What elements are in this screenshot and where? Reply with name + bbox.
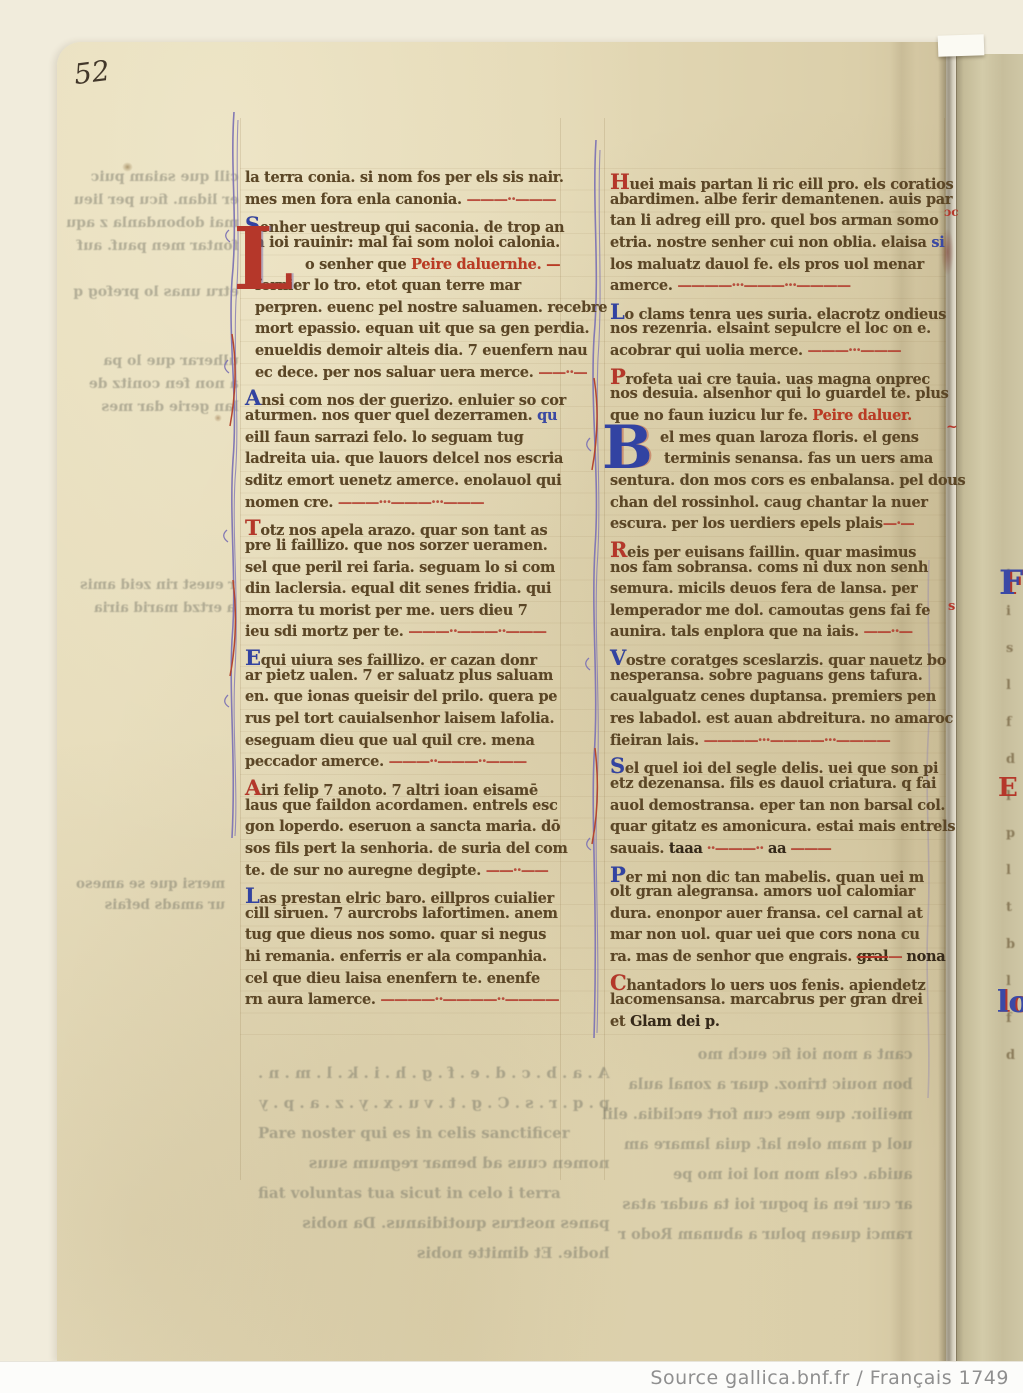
manuscript-line: ec dece. per nos saluar uera merce. ——··… (245, 364, 563, 386)
edge-initial-fragment: lo (997, 988, 1023, 1018)
manuscript-text: ————···———···———— (677, 277, 850, 294)
manuscript-line: ra. mas de senhor que engrais. gral— non… (610, 948, 948, 970)
manuscript-text: cel que dieu laisa enenfern te. enenfe (245, 970, 540, 987)
showthrough-text: r euest rin zeid amisa ertzd marid airia (80, 574, 235, 620)
showthrough-line: panes nostrus quotidianus. Da nobis (258, 1208, 610, 1238)
manuscript-text: nona (902, 948, 946, 965)
manuscript-text: amerce. (610, 277, 677, 294)
manuscript-line: Profeta uai cre tauia. uas magna onprec (610, 364, 948, 386)
manuscript-line: Lo clams tenra ues suria. elacrotz ondie… (610, 299, 948, 321)
manuscript-text: chan del rossinhol. caug chantar la nuer (610, 494, 928, 511)
manuscript-line: escura. per los uerdiers epels plais—·— (610, 515, 948, 537)
showthrough-text: A . a . b . c . d . e . f . g . h . i . … (258, 1058, 610, 1268)
showthrough-line: l (1006, 852, 1015, 889)
manuscript-text: morra tu morist per me. uers dieu 7 (245, 602, 527, 619)
manuscript-line: los maluatz dauol fe. els pros uol menar (610, 256, 948, 278)
manuscript-line: Chantadors lo uers uos fenis. apiendetz (610, 970, 948, 992)
illuminated-initial: B (602, 425, 653, 472)
manuscript-line: sauais. taaa ··———·· aa ——— (610, 840, 948, 862)
manuscript-text: taaa (669, 840, 703, 857)
showthrough-line: ramci quaen polur a abunam Rodo r (602, 1220, 913, 1250)
manuscript-line: peccador amerce. ———··———··——— (245, 753, 563, 775)
manuscript-text: sentura. don mos cors es enbalansa. pel … (610, 472, 965, 489)
manuscript-line: res labadol. est auan abdreitura. no ama… (610, 710, 948, 732)
manuscript-text: sditz emort uenetz amerce. enolauol qui (245, 472, 561, 489)
showthrough-line: uol q mam olen laf. quia lamare am (602, 1130, 913, 1160)
manuscript-line: sel que peril rei faria. seguam lo si co… (245, 559, 563, 581)
manuscript-text: nos rezenria. elsaint sepulcre el loc on… (610, 320, 931, 337)
manuscript-text: hi remania. enferris er ala companhia. (245, 948, 547, 965)
showthrough-line: cill que saiam puic (66, 166, 239, 189)
manuscript-text: dura. enonpor auer fransa. cel carnal at (610, 905, 923, 922)
manuscript-text: abardimen. albe ferir demantenen. auis p… (610, 191, 952, 208)
manuscript-text: escura. per los uerdiers epels plais (610, 515, 883, 532)
manuscript-line: hi remania. enferris er ala companhia. (245, 948, 563, 970)
manuscript-line: chan del rossinhol. caug chantar la nuer (610, 494, 948, 516)
showthrough-line: d (1006, 1037, 1015, 1074)
manuscript-line: laus que faildon acordamen. entrels esc (245, 797, 563, 819)
manuscript-text: los maluatz dauol fe. els pros uol menar (610, 256, 924, 273)
manuscript-text: etz dezenansa. fils es dauol criatura. q… (610, 775, 936, 792)
showthrough-line: ur amads befais (76, 895, 225, 916)
manuscript-text: rus pel tort cauialsenhor laisem lafolia… (245, 710, 554, 727)
showthrough-line: etru unas lo prefog q (66, 281, 239, 304)
manuscript-text: ec dece. per nos saluar uera merce. (255, 364, 538, 381)
manuscript-text: sos fils pert la senhoria. de suria del … (245, 840, 568, 857)
manuscript-text: peccador amerce. (245, 753, 389, 770)
showthrough-line: bon nouic trinoz. quar a zonal aula (602, 1070, 913, 1100)
manuscript-line: auol demostransa. eper tan non barsal co… (610, 797, 948, 819)
rubric-text: Peire daluernhe. — (411, 256, 560, 273)
showthrough-line: ar cur ien ai pogur ioi ta audar atas (602, 1190, 913, 1220)
showthrough-line: p (1006, 815, 1015, 852)
showthrough-line: auida. cela mon nol ioi mo pe (602, 1160, 913, 1190)
manuscript-text: ——··—— (486, 862, 548, 879)
manuscript-line: morra tu morist per me. uers dieu 7 (245, 602, 563, 624)
manuscript-line: cill siruen. 7 aurcrobs lafortimen. anem (245, 905, 563, 927)
manuscript-line: ladreita uia. que lauors delcel nos escr… (245, 450, 563, 472)
manuscript-line: que no faun iuzicu lur fe. Peire daluer. (610, 407, 948, 429)
manuscript-line: etria. nostre senher cui non oblia. elai… (610, 234, 948, 256)
manuscript-text: la terra conia. si nom fos per els sis n… (245, 169, 564, 186)
manuscript-line: Airi felip 7 anoto. 7 altri ioan eisamē (245, 775, 563, 797)
showthrough-line: er lidan. ficu per lieu (66, 189, 239, 212)
manuscript-text: fieiran lais. (610, 732, 704, 749)
manuscript-line: nos rezenria. elsaint sepulcre el loc on… (610, 320, 948, 342)
manuscript-text: ———···———···——— (338, 494, 484, 511)
showthrough-line: r euest rin zeid amis (80, 574, 235, 597)
showthrough-text: mersi que se amesour amads befais (76, 874, 225, 916)
showthrough-line: A . a . b . c . d . e . f . g . h . i . … (258, 1058, 610, 1088)
showthrough-text: cill que saiam puicer lidan. ficu per li… (66, 166, 239, 419)
manuscript-line: terminis senansa. fas un uers ama (610, 450, 948, 472)
manuscript-line: Vostre coratges sceslarzis. quar nauetz … (610, 645, 948, 667)
manuscript-line: lemperador me dol. camoutas gens fai fe (610, 602, 948, 624)
manuscript-line: cel que dieu laisa enenfern te. enenfe (245, 970, 563, 992)
manuscript-line: nomen cre. ———···———···——— (245, 494, 563, 516)
manuscript-text: — (888, 948, 902, 965)
manuscript-text: mar non uol. quar uei que cors nona cu (610, 926, 920, 943)
manuscript-text: gral (857, 948, 888, 965)
manuscript-text: aunira. tals enplora que na iais. (610, 623, 864, 640)
manuscript-line: sos fils pert la senhoria. de suria del … (245, 840, 563, 862)
manuscript-line: aturmen. nos quer quel dezerramen. qu (245, 407, 563, 429)
manuscript-text: caualguatz cenes duptansa. premiers pen (610, 688, 936, 705)
manuscript-line: Las prestan elric baro. eillpros cuialie… (245, 883, 563, 905)
manuscript-line: rus pel tort cauialsenhor laisem lafolia… (245, 710, 563, 732)
showthrough-line (66, 258, 239, 281)
manuscript-text: rn aura lamerce. (245, 991, 380, 1008)
manuscript-line: mort epassio. equan uit que sa gen perdi… (245, 320, 563, 342)
manuscript-line: eill faun sarrazi felo. lo seguam tug (245, 429, 563, 451)
manuscript-text: qu (537, 407, 557, 424)
rubric-text: Peire daluer. (812, 407, 911, 424)
manuscript-text: —·— (883, 515, 914, 532)
showthrough-line: meilior. que mes cun fort enclidia. elil (602, 1100, 913, 1130)
manuscript-line: Per mi non dic tan mabelis. quan uei m (610, 862, 948, 884)
manuscript-text: nesperansa. sobre paguans gens tafura. (610, 667, 922, 684)
manuscript-text: ra. mas de senhor que engrais. (610, 948, 857, 965)
manuscript-line: lacomensansa. marcabrus per gran drei (610, 991, 948, 1013)
showthrough-line: mai dobondanla z aqu (66, 212, 239, 235)
showthrough-line: f (1006, 704, 1015, 741)
manuscript-line: acobrar qui uolia merce. ———···——— (610, 342, 948, 364)
edge-initial-fragment: s (948, 600, 955, 613)
showthrough-line: a ertzd marid airia (80, 597, 235, 620)
showthrough-line: fiat voluntas tua sicut in celo i terra (258, 1178, 610, 1208)
manuscript-line: eseguam dieu que ual quil cre. mena (245, 732, 563, 754)
manuscript-text: en. que ionas queisir del prilo. quera p… (245, 688, 557, 705)
manuscript-line: te. de sur no auregne degipte. ——··—— (245, 862, 563, 884)
manuscript-line: el mes quan laroza floris. el gens (610, 429, 948, 451)
showthrough-line: t (1006, 889, 1015, 926)
showthrough-line: nomen cuus ad bemar regnum suus (258, 1148, 610, 1178)
manuscript-text: tan li adreg eill pro. quel bos arman so… (610, 212, 939, 229)
manuscript-text: mes men fora enla canonia. (245, 191, 467, 208)
manuscript-line: pre li faillizo. que nos sorzer ueramen. (245, 537, 563, 559)
manuscript-text: nos fam sobransa. coms ni dux non senh (610, 559, 928, 576)
manuscript-line: et Glam dei p. (610, 1013, 948, 1035)
manuscript-text: ieu sdi mortz per te. (245, 623, 408, 640)
manuscript-line: semura. micils deuos fera de lansa. per (610, 580, 948, 602)
manuscript-line: olt gran alegransa. amors uol calomiar (610, 883, 948, 905)
manuscript-text: nos desuia. alsenhor qui lo guardel te. … (610, 385, 949, 402)
bookmark-slip (938, 34, 985, 57)
manuscript-line: nos desuia. alsenhor qui lo guardel te. … (610, 385, 948, 407)
showthrough-line: l (1006, 667, 1015, 704)
manuscript-text: Glam dei p. (630, 1013, 720, 1030)
manuscript-text: ··———·· (703, 840, 764, 857)
manuscript-text: pre li faillizo. que nos sorzer ueramen. (245, 537, 548, 554)
edge-initial-fragment: ɔc (944, 206, 959, 218)
manuscript-text: terminis senansa. fas un uers ama (664, 450, 933, 467)
manuscript-line: la terra conia. si nom fos per els sis n… (245, 169, 563, 191)
manuscript-text: te. de sur no auregne degipte. (245, 862, 486, 879)
filigree-ornament-icon (582, 138, 612, 1048)
manuscript-text: din laclersia. equal dit senes fridia. q… (245, 580, 551, 597)
manuscript-text: gon loperdo. eseruon a sancta maria. dō (245, 818, 560, 835)
manuscript-text: ———···——— (808, 342, 901, 359)
showthrough-line (66, 304, 239, 327)
manuscript-line: ar pietz ualen. 7 er saluatz plus saluam (245, 667, 563, 689)
manuscript-line: aunira. tals enplora que na iais. ——··— (610, 623, 948, 645)
manuscript-text: cill siruen. 7 aurcrobs lafortimen. anem (245, 905, 558, 922)
manuscript-text: ——— (786, 840, 831, 857)
manuscript-text: eill faun sarrazi felo. lo seguam tug (245, 429, 523, 446)
manuscript-text: sauais. (610, 840, 669, 857)
manuscript-line: Sel quel ioi del segle delis. uei que so… (610, 753, 948, 775)
manuscript-text: ——··— (538, 364, 587, 381)
folio-number: 52 (72, 54, 111, 91)
manuscript-line: ieu sdi mortz per te. ———··———··——— (245, 623, 563, 645)
source-attribution-label: Source gallica.bnf.fr / Français 1749 (650, 1367, 1023, 1389)
showthrough-line: mersi que se ameso (76, 874, 225, 895)
manuscript-text: ————··————··———— (380, 991, 558, 1008)
manuscript-line: Totz nos apela arazo. quar son tant as (245, 515, 563, 537)
showthrough-line: ulherar que lo pa (66, 350, 239, 373)
manuscript-text: tug que dieus nos somo. quar si negus (245, 926, 546, 943)
manuscript-text: ———··——— (467, 191, 556, 208)
manuscript-text: enueldis demoir alteis dia. 7 euenfern n… (255, 342, 587, 359)
manuscript-text: ar pietz ualen. 7 er saluatz plus saluam (245, 667, 553, 684)
manuscript-line: quar gitatz es amonicura. estai mais ent… (610, 818, 948, 840)
manuscript-text: aturmen. nos quer quel dezerramen. (245, 407, 537, 424)
manuscript-line: en. que ionas queisir del prilo. quera p… (245, 688, 563, 710)
manuscript-line: tan li adreg eill pro. quel bos arman so… (610, 212, 948, 234)
showthrough-line: lan gerie dar mes (66, 396, 239, 419)
manuscript-text: semura. micils deuos fera de lansa. per (610, 580, 917, 597)
manuscript-text: aa (763, 840, 786, 857)
manuscript-text: ———··———··——— (389, 753, 527, 770)
manuscript-text: el mes quan laroza floris. el gens (660, 429, 919, 446)
manuscript-line: etz dezenansa. fils es dauol criatura. q… (610, 775, 948, 797)
manuscript-text: et (610, 1013, 630, 1030)
source-attribution-bar: Source gallica.bnf.fr / Français 1749 (0, 1361, 1023, 1393)
manuscript-line: fieiran lais. ————···————···———— (610, 732, 948, 754)
manuscript-line: Ansi com nos der guerizo. enluier so cor (245, 385, 563, 407)
showthrough-line: b (1006, 926, 1015, 963)
manuscript-text: res labadol. est auan abdreitura. no ama… (610, 710, 953, 727)
manuscript-line: din laclersia. equal dit senes fridia. q… (245, 580, 563, 602)
manuscript-scan-viewer: 52 la terra conia. si nom fos per els si… (0, 0, 1023, 1393)
manuscript-line: Equi uiura ses faillizo. er cazan donr (245, 645, 563, 667)
showthrough-line: fontar men pauf. auf (66, 235, 239, 258)
manuscript-text: auol demostransa. eper tan non barsal co… (610, 797, 945, 814)
showthrough-line: hodie. Et dimitte nobis (258, 1238, 610, 1268)
edge-initial-fragment: E (998, 775, 1018, 801)
manuscript-text: acobrar qui uolia merce. (610, 342, 808, 359)
showthrough-line: a non fen conitz de (66, 373, 239, 396)
showthrough-line (66, 327, 239, 350)
manuscript-text: eseguam dieu que ual quil cre. mena (245, 732, 535, 749)
manuscript-text: etria. nostre senher cui non oblia. elai… (610, 234, 927, 251)
manuscript-text: ———··———··——— (408, 623, 546, 640)
manuscript-line: Huei mais partan li ric eill pro. els co… (610, 169, 948, 191)
manuscript-line: nos fam sobransa. coms ni dux non senh (610, 559, 948, 581)
showthrough-line: p . q . r . s . C . g . t . v u . x . y … (258, 1088, 610, 1118)
manuscript-text: lemperador me dol. camoutas gens fai fe (610, 602, 930, 619)
manuscript-text: perpren. euenc pel nostre saluamen. rece… (255, 299, 607, 316)
showthrough-line: Pare noster qui es in celis sanctificer (258, 1118, 610, 1148)
manuscript-text: quar gitatz es amonicura. estai mais ent… (610, 818, 955, 835)
manuscript-text: fornier lo tro. etot quan terre mar (255, 277, 521, 294)
manuscript-line: nesperansa. sobre paguans gens tafura. (610, 667, 948, 689)
manuscript-line: caualguatz cenes duptansa. premiers pen (610, 688, 948, 710)
manuscript-line: sditz emort uenetz amerce. enolauol qui (245, 472, 563, 494)
illuminated-initial: L (233, 226, 293, 293)
manuscript-line: mar non uol. quar uei que cors nona cu (610, 926, 948, 948)
manuscript-text: si (927, 234, 945, 251)
manuscript-text: olt gran alegransa. amors uol calomiar (610, 883, 915, 900)
manuscript-line: amerce. ————···———···———— (610, 277, 948, 299)
text-column-right: Huei mais partan li ric eill pro. els co… (610, 169, 948, 1035)
manuscript-line: abardimen. albe ferir demantenen. auis p… (610, 191, 948, 213)
showthrough-text: cant a mon ioi fic euch mobon nouic trin… (602, 1040, 913, 1250)
manuscript-line: Reis per euisans faillin. quar masimus (610, 537, 948, 559)
edge-initial-fragment: ~ (946, 420, 958, 434)
manuscript-line: rn aura lamerce. ————··————··———— (245, 991, 563, 1013)
manuscript-text: ——··— (864, 623, 913, 640)
manuscript-text: mort epassio. equan uit que sa gen perdi… (255, 320, 589, 337)
manuscript-text: ladreita uia. que lauors delcel nos escr… (245, 450, 563, 467)
manuscript-text: o senher que (305, 256, 411, 273)
manuscript-line: enueldis demoir alteis dia. 7 euenfern n… (245, 342, 563, 364)
manuscript-line: sentura. don mos cors es enbalansa. pel … (610, 472, 948, 494)
manuscript-line: tug que dieus nos somo. quar si negus (245, 926, 563, 948)
showthrough-line: s (1006, 630, 1015, 667)
manuscript-text: laus que faildon acordamen. entrels esc (245, 797, 558, 814)
manuscript-line: gon loperdo. eseruon a sancta maria. dō (245, 818, 563, 840)
showthrough-line: cant a mon ioi fic euch mo (602, 1040, 913, 1070)
edge-initial-fragment: F (999, 566, 1023, 600)
manuscript-text: sel que peril rei faria. seguam lo si co… (245, 559, 555, 576)
manuscript-line: dura. enonpor auer fransa. cel carnal at (610, 905, 948, 927)
manuscript-text: lacomensansa. marcabrus per gran drei (610, 991, 923, 1008)
manuscript-text: ————···————···———— (704, 732, 890, 749)
manuscript-text: nomen cre. (245, 494, 338, 511)
